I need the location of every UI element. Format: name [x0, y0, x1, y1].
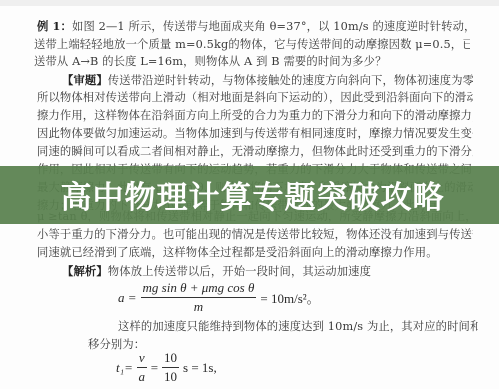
solution-line-1: 【解析】物体放上传送带以后，开始一段时间，其运动加速度 [62, 264, 473, 279]
analysis-line-10: 小等于重力的下滑分力。也可能出现的情况是传送带比较短，物体还没有加速到与传送带 [37, 228, 473, 242]
problem-line-2: 送带上端轻轻地放一个质量 m=0.5kg的物体，它与传送带间的动摩擦因数 μ=0… [34, 38, 470, 52]
banner-title: 高中物理计算专题突破攻略 [61, 172, 445, 217]
solution-label: 【解析】 [62, 264, 108, 278]
analysis-line-4: 因此物体要做匀加速运动。当物体加速到与传送带有相同速度时，摩擦力情况要发生变化， [37, 127, 473, 141]
analysis-line-5: 同速的瞬间可以看成二者间相对静止，无滑动摩擦力，但物体此时还受到重力的下滑分力 [37, 145, 473, 159]
problem-line-1: 例 1：如图 2—1 所示，传送带与地面成夹角 θ=37°，以 10m/s 的速… [37, 19, 473, 34]
analysis-line-11: 同速就已经滑到了底端，这样物体全过程都是受沿斜面向上的滑动摩擦力作用。 [37, 246, 473, 260]
analysis-line-3: 擦力作用，这样物体在沿斜面方向上所受的合力为重力的下滑分力和向下的滑动摩擦力， [37, 109, 473, 123]
acceleration-formula: a = mg sin θ + μmg cos θ m = 10m/s²。 [118, 280, 320, 315]
analysis-line-1: 【审题】传送带沿逆时针转动，与物体接触处的速度方向斜向下，物体初速度为零， [62, 73, 473, 88]
analysis-label: 【审题】 [62, 73, 108, 87]
analysis-line-2: 所以物体相对传送带向上滑动（相对地面是斜向下运动的），因此受到沿斜面向下的滑动摩 [37, 91, 473, 105]
solution-line-2: 这样的加速度只能维持到物体的速度达到 10m/s 为止，其对应的时间和位 [118, 320, 478, 334]
problem-label: 例 1： [37, 19, 72, 33]
acceleration-fraction: mg sin θ + μmg cos θ m [141, 280, 257, 315]
problem-line-3: 送带从 A→B 的长度 L=16m，则物体从 A 到 B 需要的时间为多少？ [34, 55, 470, 69]
time-formula: t₁= v a = 10 10 s = 1s, [116, 350, 217, 385]
title-banner: 高中物理计算专题突破攻略 [0, 166, 499, 224]
